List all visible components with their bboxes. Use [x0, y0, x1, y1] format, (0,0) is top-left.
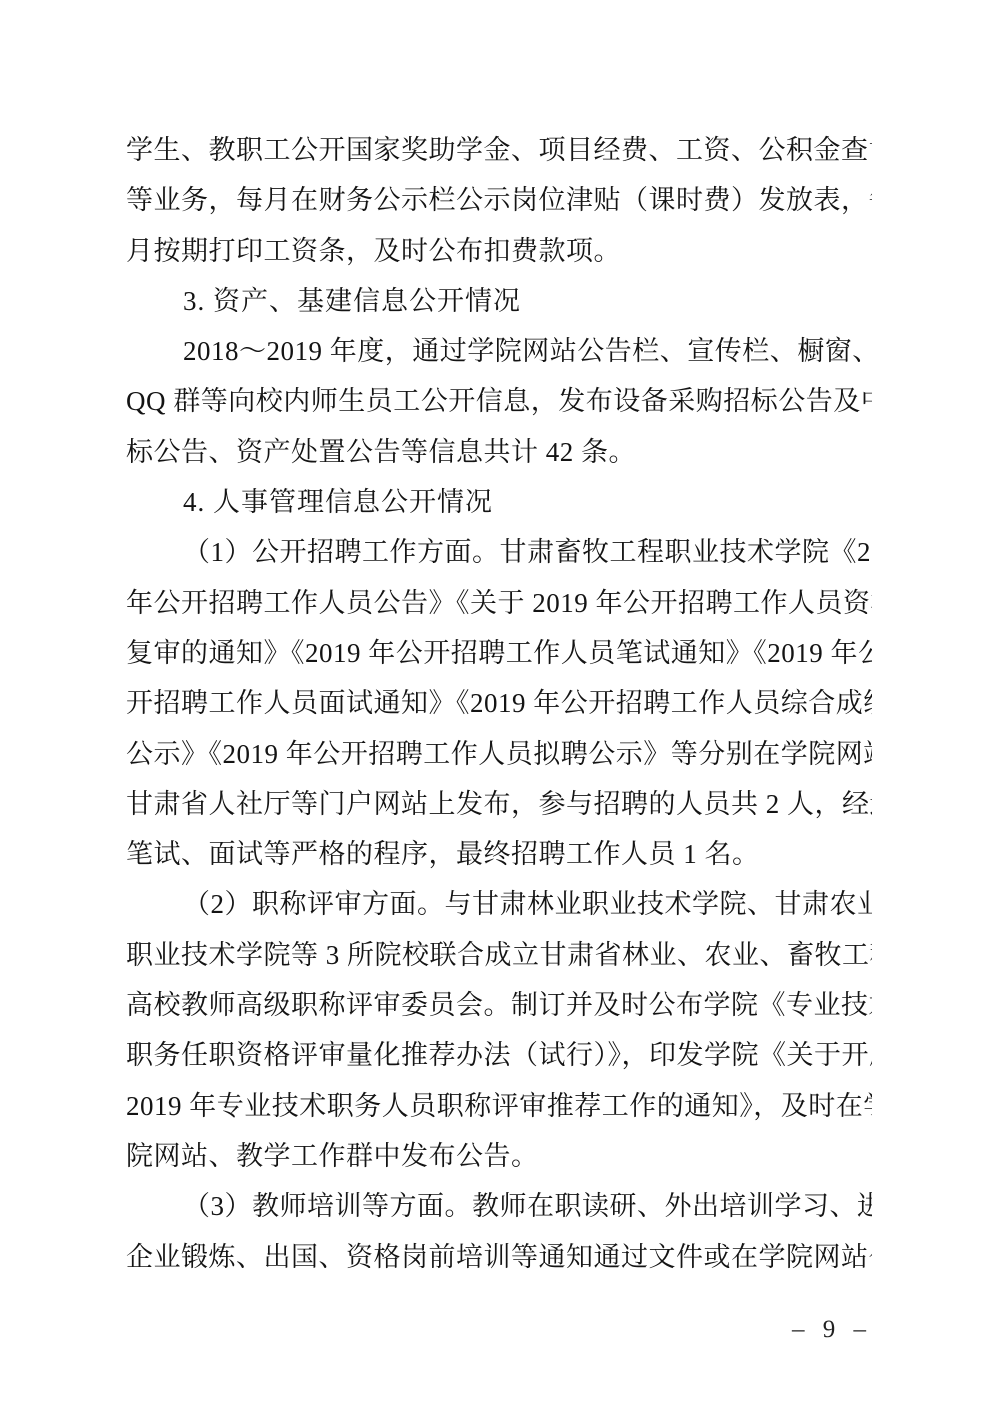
text-line: 甘肃省人社厅等门户网站上发布，参与招聘的人员共 2 人，经过 — [126, 779, 872, 829]
text-line: 学生、教职工公开国家奖助学金、项目经费、工资、公积金查询 — [126, 125, 872, 175]
text-line: （1）公开招聘工作方面。甘肃畜牧工程职业技术学院《2019 — [126, 527, 872, 577]
text-line: 复审的通知》《2019 年公开招聘工作人员笔试通知》《2019 年公 — [126, 628, 872, 678]
page-number: – 9 – — [792, 1316, 872, 1344]
text-line: 等业务，每月在财务公示栏公示岗位津贴（课时费）发放表，每 — [126, 175, 872, 225]
text-line: 2019 年专业技术职务人员职称评审推荐工作的通知》，及时在学 — [126, 1081, 872, 1131]
text-line: 职务任职资格评审量化推荐办法（试行）》，印发学院《关于开展 — [126, 1030, 872, 1080]
text-line: 年公开招聘工作人员公告》《关于 2019 年公开招聘工作人员资格 — [126, 578, 872, 628]
text-line: 笔试、面试等严格的程序，最终招聘工作人员 1 名。 — [126, 829, 872, 879]
text-line: 2018～2019 年度，通过学院网站公告栏、宣传栏、橱窗、 — [126, 326, 872, 376]
text-line: （2）职称评审方面。与甘肃林业职业技术学院、甘肃农业 — [126, 879, 872, 929]
text-line: 公示》《2019 年公开招聘工作人员拟聘公示》等分别在学院网站、 — [126, 729, 872, 779]
text-line: （3）教师培训等方面。教师在职读研、外出培训学习、进 — [126, 1181, 872, 1231]
section-heading: 4. 人事管理信息公开情况 — [126, 477, 872, 527]
text-line: 企业锻炼、出国、资格岗前培训等通知通过文件或在学院网站公 — [126, 1232, 872, 1282]
document-page: 学生、教职工公开国家奖助学金、项目经费、工资、公积金查询等业务，每月在财务公示栏… — [0, 0, 1000, 1414]
text-line: 开招聘工作人员面试通知》《2019 年公开招聘工作人员综合成绩 — [126, 678, 872, 728]
text-line: 标公告、资产处置公告等信息共计 42 条。 — [126, 427, 872, 477]
text-line: 院网站、教学工作群中发布公告。 — [126, 1131, 872, 1181]
document-text-block: 学生、教职工公开国家奖助学金、项目经费、工资、公积金查询等业务，每月在财务公示栏… — [126, 125, 872, 1282]
text-line: 职业技术学院等 3 所院校联合成立甘肃省林业、农业、畜牧工程 — [126, 930, 872, 980]
section-heading: 3. 资产、基建信息公开情况 — [126, 276, 872, 326]
text-line: QQ 群等向校内师生员工公开信息，发布设备采购招标公告及中 — [126, 376, 872, 426]
text-line: 高校教师高级职称评审委员会。制订并及时公布学院《专业技术 — [126, 980, 872, 1030]
text-line: 月按期打印工资条，及时公布扣费款项。 — [126, 226, 872, 276]
